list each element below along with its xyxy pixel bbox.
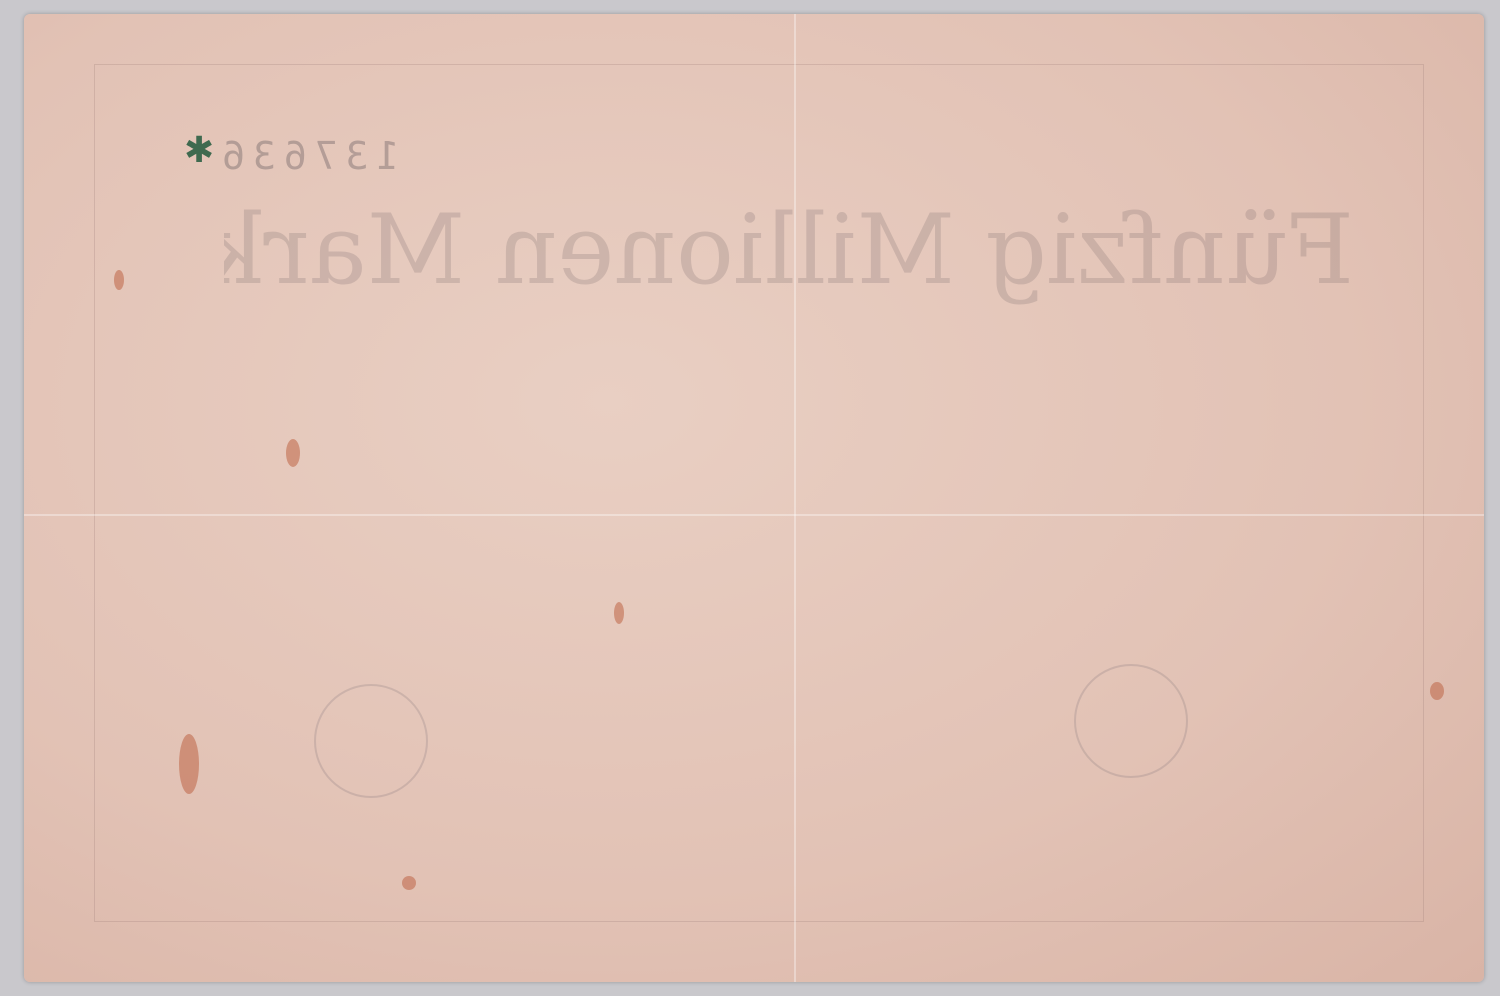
- serial-number: 137636: [214, 134, 399, 178]
- stain: [114, 270, 124, 290]
- seal-bleedthrough: [314, 684, 428, 798]
- stain: [179, 734, 199, 794]
- stain: [286, 439, 300, 467]
- stain: [402, 876, 416, 890]
- banknote: ✱ 137636 Fünfzig Millionen Mark: [24, 14, 1484, 982]
- fold-crease-vertical: [794, 14, 796, 982]
- bleedthrough-headline: Fünfzig Millionen Mark: [224, 194, 1354, 324]
- seal-bleedthrough: [1074, 664, 1188, 778]
- star-icon: ✱: [184, 130, 214, 171]
- fold-crease-horizontal: [24, 514, 1484, 516]
- printed-frame: [94, 64, 1424, 922]
- stain: [1430, 682, 1444, 700]
- stain: [614, 602, 624, 624]
